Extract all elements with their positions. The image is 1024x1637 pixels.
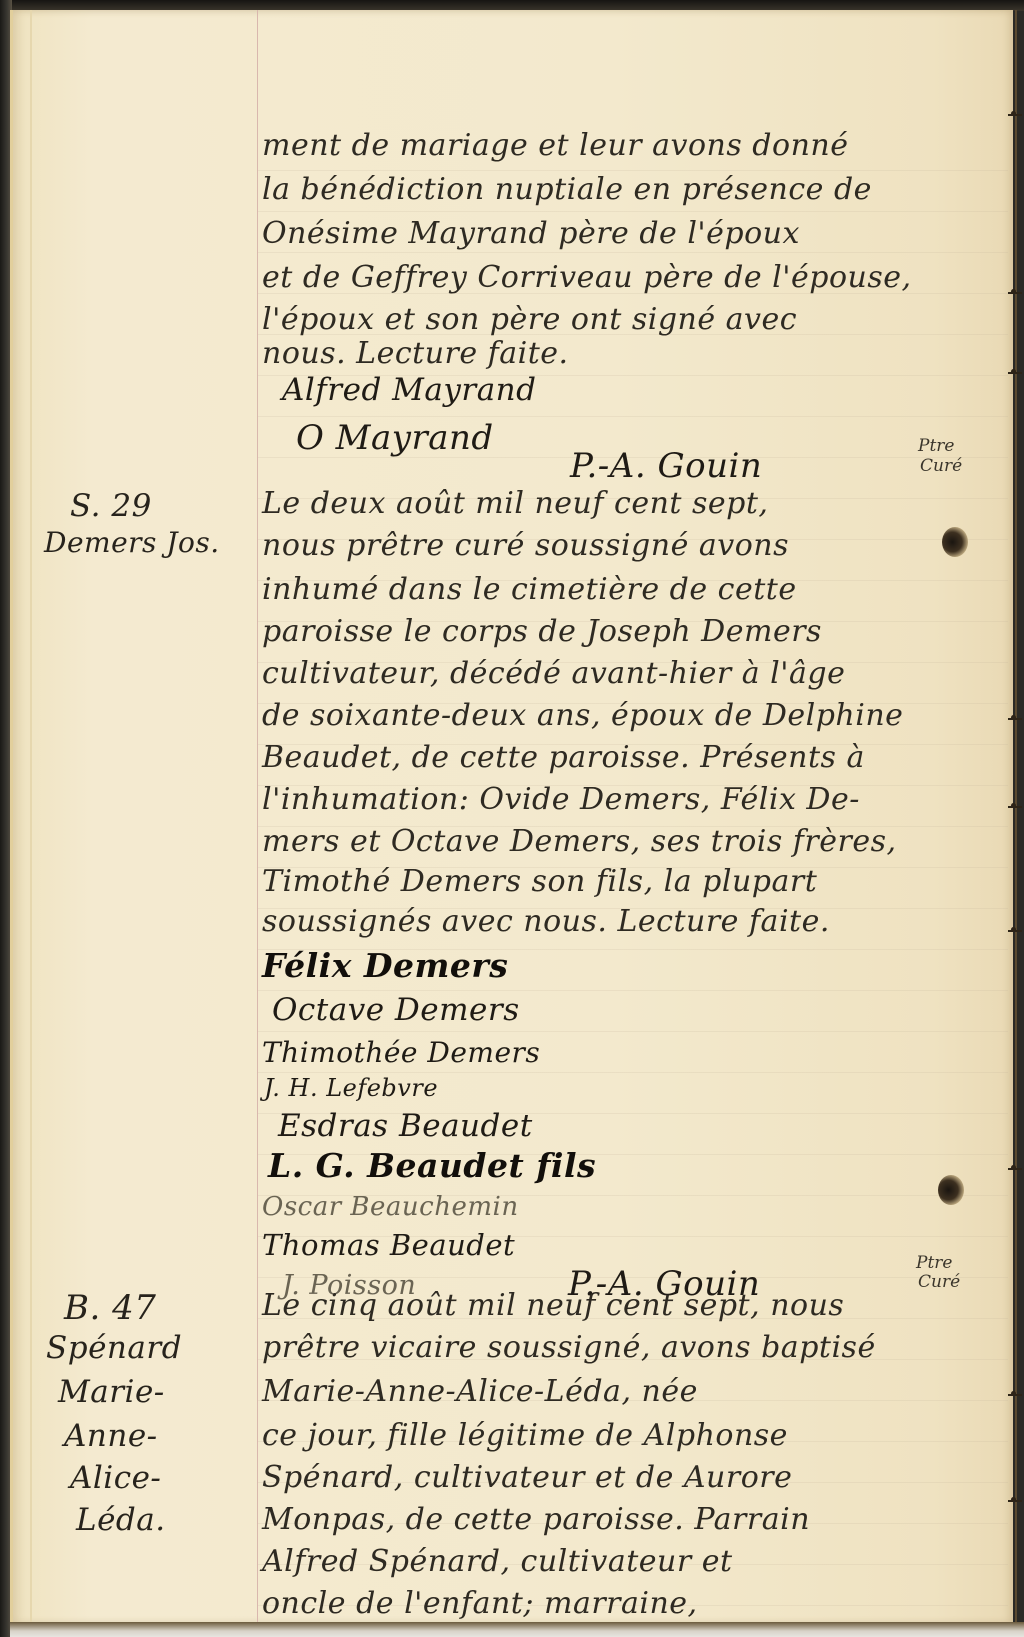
stitch-mark bbox=[1008, 930, 1022, 932]
entry-subject: Léda. bbox=[76, 1502, 166, 1538]
stitch-mark bbox=[1008, 806, 1022, 808]
entry-code: S. 29 bbox=[70, 488, 152, 524]
body-line: Timothé Demers son fils, la plupart bbox=[262, 864, 817, 899]
stitch-mark bbox=[1008, 1394, 1022, 1396]
body-line: Spénard, cultivateur et de Aurore bbox=[262, 1460, 792, 1495]
signature: Thomas Beaudet bbox=[262, 1228, 515, 1262]
page-bottom-edge bbox=[10, 1622, 1024, 1637]
body-line: nous prêtre curé soussigné avons bbox=[262, 528, 789, 563]
stitch-mark bbox=[1008, 718, 1022, 720]
body-line: Le cinq août mil neuf cent sept, nous bbox=[262, 1288, 844, 1323]
signature: Félix Demers bbox=[262, 946, 508, 985]
signature: Alfred Mayrand bbox=[282, 372, 537, 408]
entry-subject: Anne- bbox=[64, 1418, 158, 1454]
officiant-signature: P.-A. Gouin bbox=[570, 446, 762, 486]
officiant-title-top: Ptre bbox=[916, 1255, 952, 1272]
entry-subject: Marie- bbox=[58, 1374, 165, 1410]
stitch-mark bbox=[1008, 1500, 1022, 1502]
body-line: mers et Octave Demers, ses trois frères, bbox=[262, 824, 897, 859]
body-line: et de Geffrey Corriveau père de l'épouse… bbox=[262, 260, 912, 295]
entry-subject: Spénard bbox=[46, 1330, 182, 1366]
stitch-mark bbox=[1008, 372, 1022, 374]
body-line: ce jour, fille légitime de Alphonse bbox=[262, 1418, 788, 1453]
body-line: Monpas, de cette paroisse. Parrain bbox=[262, 1502, 810, 1537]
stitch-mark bbox=[1008, 114, 1022, 116]
body-line: Beaudet, de cette paroisse. Présents à bbox=[262, 740, 865, 775]
officiant-title-bottom: Curé bbox=[920, 458, 962, 475]
body-line: oncle de l'enfant; marraine, bbox=[262, 1586, 698, 1621]
signature: O Mayrand bbox=[296, 418, 494, 458]
body-line: l'époux et son père ont signé avec bbox=[262, 302, 797, 337]
stitch-mark bbox=[1008, 292, 1022, 294]
officiant-title-top: Ptre bbox=[918, 438, 954, 455]
body-line: prêtre vicaire soussigné, avons baptisé bbox=[262, 1330, 876, 1365]
body-line: Le deux août mil neuf cent sept, bbox=[262, 486, 768, 521]
margin-rule bbox=[257, 10, 258, 1624]
entry-code: B. 47 bbox=[64, 1288, 156, 1328]
signature: Thimothée Demers bbox=[262, 1036, 540, 1069]
punch-hole bbox=[938, 1175, 964, 1205]
signature: L. G. Beaudet fils bbox=[268, 1146, 596, 1185]
signature: Octave Demers bbox=[272, 992, 520, 1028]
body-line: paroisse le corps de Joseph Demers bbox=[262, 614, 822, 649]
page-right-edge bbox=[1015, 10, 1017, 1624]
body-line: ment de mariage et leur avons donné bbox=[262, 128, 848, 163]
body-line: soussignés avec nous. Lecture faite. bbox=[262, 904, 830, 939]
punch-hole bbox=[942, 527, 968, 557]
page-gutter-rule bbox=[30, 10, 32, 1624]
stitch-mark bbox=[1008, 1168, 1022, 1170]
body-line: cultivateur, décédé avant-hier à l'âge bbox=[262, 656, 845, 691]
signature: Oscar Beauchemin bbox=[262, 1192, 519, 1222]
entry-subject: Alice- bbox=[70, 1460, 161, 1496]
body-line: de soixante-deux ans, époux de Delphine bbox=[262, 698, 903, 733]
body-line: inhumé dans le cimetière de cette bbox=[262, 572, 797, 607]
signature: Esdras Beaudet bbox=[278, 1108, 533, 1144]
signature: J. H. Lefebvre bbox=[264, 1074, 438, 1102]
officiant-title-bottom: Curé bbox=[918, 1274, 960, 1291]
body-line: l'inhumation: Ovide Demers, Félix De- bbox=[262, 782, 860, 817]
body-line: Onésime Mayrand père de l'époux bbox=[262, 216, 800, 251]
body-line: Marie-Anne-Alice-Léda, née bbox=[262, 1374, 698, 1409]
body-line: nous. Lecture faite. bbox=[262, 336, 569, 371]
body-line: Alfred Spénard, cultivateur et bbox=[262, 1544, 733, 1579]
body-line: la bénédiction nuptiale en présence de bbox=[262, 172, 872, 207]
entry-subject: Demers Jos. bbox=[44, 526, 220, 559]
